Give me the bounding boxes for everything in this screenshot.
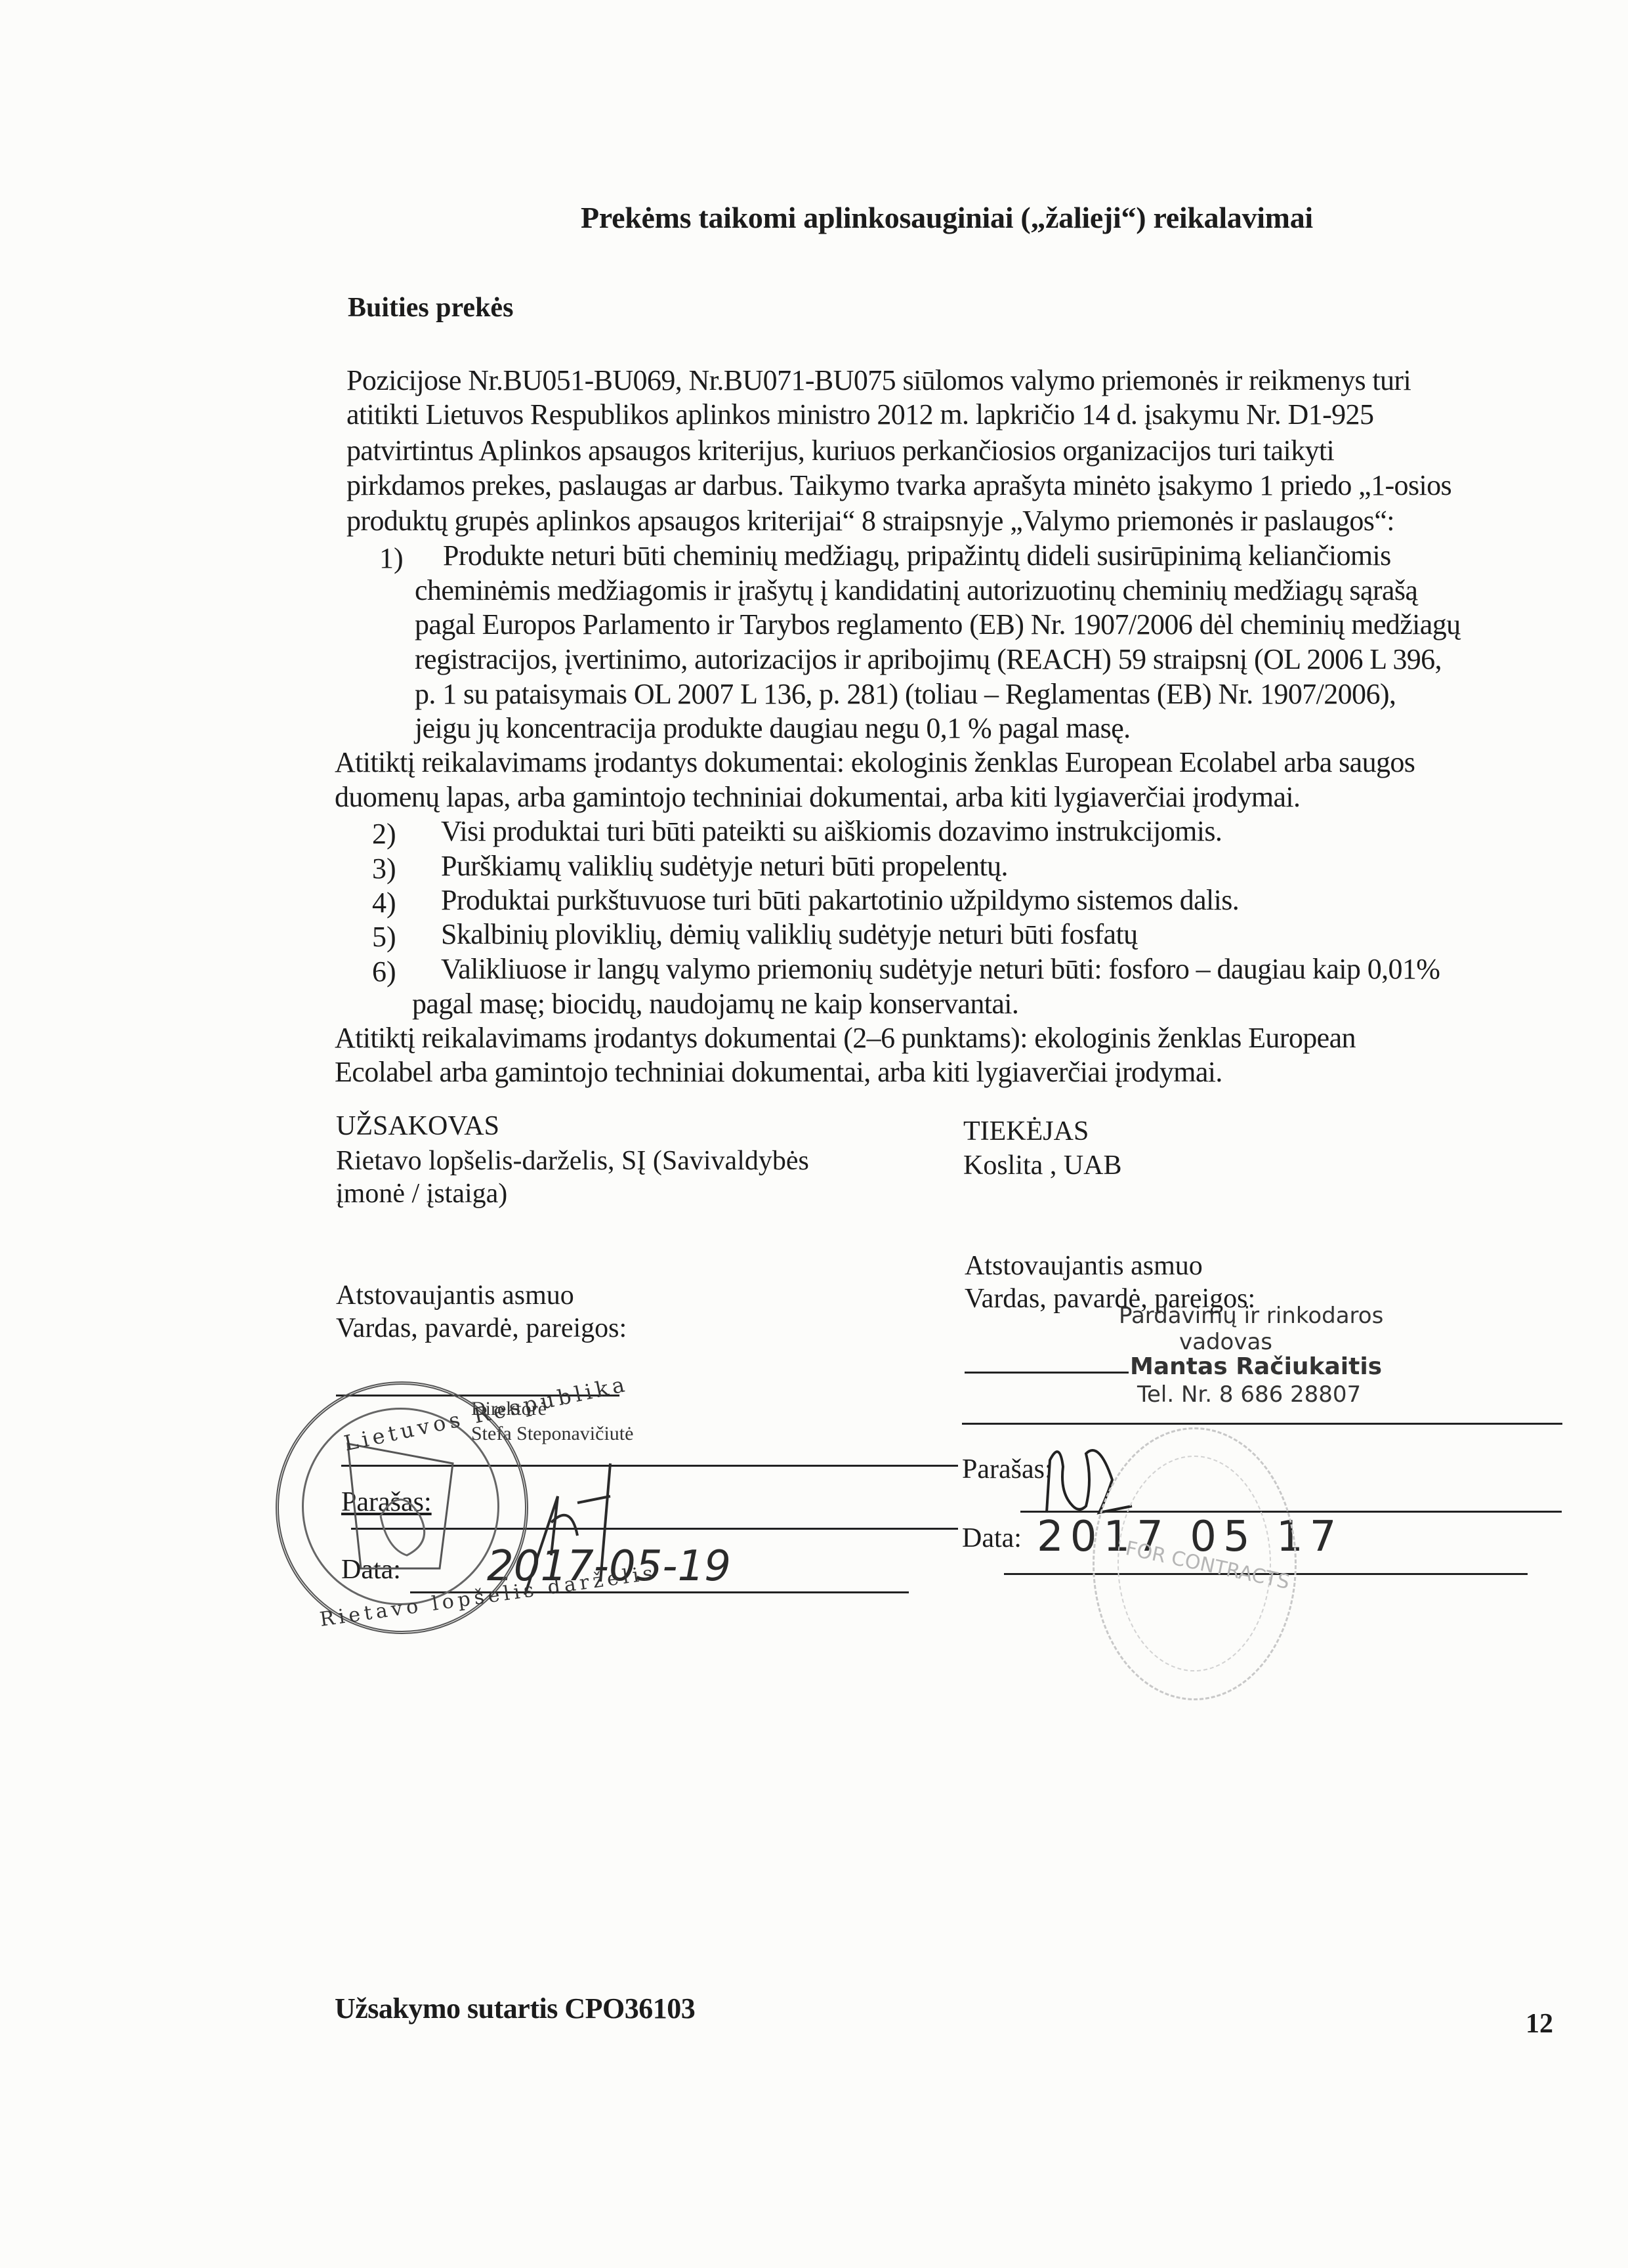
customer-rep-label: Atstovaujantis asmuo	[336, 1280, 574, 1311]
item-line: pagal masę; biocidų, naudojamų ne kaip k…	[412, 990, 1018, 1018]
section-heading: Buities prekės	[348, 292, 513, 324]
supplier-separator-line	[962, 1423, 1562, 1425]
customer-rep-fields-label: Vardas, pavardė, pareigos:	[336, 1312, 627, 1344]
item-line: Visi produktai turi būti pateikti su aiš…	[441, 817, 1222, 846]
proof-line: Atitiktį reikalavimams įrodantys dokumen…	[335, 748, 1415, 777]
proof-line: Ecolabel arba gamintojo techniniai dokum…	[335, 1058, 1222, 1087]
intro-line: patvirtintus Aplinkos apsaugos kriteriju…	[346, 436, 1334, 465]
proof-line: duomenų lapas, arba gamintojo techniniai…	[335, 783, 1300, 812]
supplier-rep-phone: Tel. Nr. 8 686 28807	[1137, 1381, 1361, 1408]
page-number: 12	[1526, 2008, 1553, 2040]
item-number: 3)	[372, 852, 396, 885]
item-line: Produktai purkštuvuose turi būti pakarto…	[441, 886, 1239, 915]
item-line: jeigu jų koncentracija produkte daugiau …	[415, 714, 1131, 743]
customer-name-cont: įmonė / įstaiga)	[336, 1178, 507, 1209]
item-number: 1)	[379, 541, 404, 575]
item-line: Skalbinių ploviklių, dėmių valiklių sudė…	[441, 920, 1137, 949]
supplier-name-line	[965, 1372, 1129, 1374]
intro-line: Pozicijose Nr.BU051-BU069, Nr.BU071-BU07…	[346, 366, 1411, 395]
item-number: 6)	[372, 955, 396, 988]
customer-name: Rietavo lopšelis-darželis, SĮ (Savivaldy…	[336, 1145, 809, 1177]
item-line: Purškiamų valiklių sudėtyje neturi būti …	[441, 852, 1008, 881]
supplier-name: Koslita , UAB	[963, 1150, 1122, 1181]
supplier-role: TIEKĖJAS	[963, 1116, 1089, 1147]
supplier-seal-icon: FOR CONTRACTS	[1093, 1427, 1297, 1700]
supplier-date-label: Data:	[962, 1522, 1022, 1554]
item-line: pagal Europos Parlamento ir Tarybos regl…	[415, 610, 1461, 639]
footer-contract: Užsakymo sutartis CPO36103	[335, 1992, 695, 2025]
intro-line: atitikti Lietuvos Respublikos aplinkos m…	[346, 400, 1373, 429]
document-page: Prekėms taikomi aplinkosauginiai („žalie…	[0, 0, 1628, 2268]
item-line: Valikliuose ir langų valymo priemonių su…	[441, 955, 1440, 984]
page-title: Prekėms taikomi aplinkosauginiai („žalie…	[581, 200, 1313, 235]
supplier-rep-position-cont: vadovas	[1179, 1329, 1272, 1355]
customer-seal-icon: Lietuvos Respublika Rietavo lopšelis dar…	[276, 1381, 528, 1634]
proof-line: Atitiktį reikalavimams įrodantys dokumen…	[335, 1024, 1356, 1053]
item-line: registracijos, įvertinimo, autorizacijos…	[415, 645, 1442, 674]
intro-line: produktų grupės aplinkos apsaugos kriter…	[346, 507, 1394, 535]
item-number: 5)	[372, 920, 396, 954]
supplier-rep-name: Mantas Račiukaitis	[1130, 1353, 1382, 1380]
item-line: cheminėmis medžiagomis ir įrašytų į kand…	[415, 576, 1417, 605]
supplier-rep-label: Atstovaujantis asmuo	[965, 1250, 1203, 1282]
intro-line: pirkdamos prekes, paslaugas ar darbus. T…	[346, 471, 1451, 500]
customer-role: UŽSAKOVAS	[336, 1110, 499, 1142]
item-line: Produkte neturi būti cheminių medžiagų, …	[443, 541, 1391, 570]
supplier-rep-position: Pardavimų ir rinkodaros	[1119, 1303, 1383, 1329]
item-number: 2)	[372, 817, 396, 850]
item-number: 4)	[372, 886, 396, 919]
item-line: p. 1 su pataisymais OL 2007 L 136, p. 28…	[415, 680, 1396, 709]
